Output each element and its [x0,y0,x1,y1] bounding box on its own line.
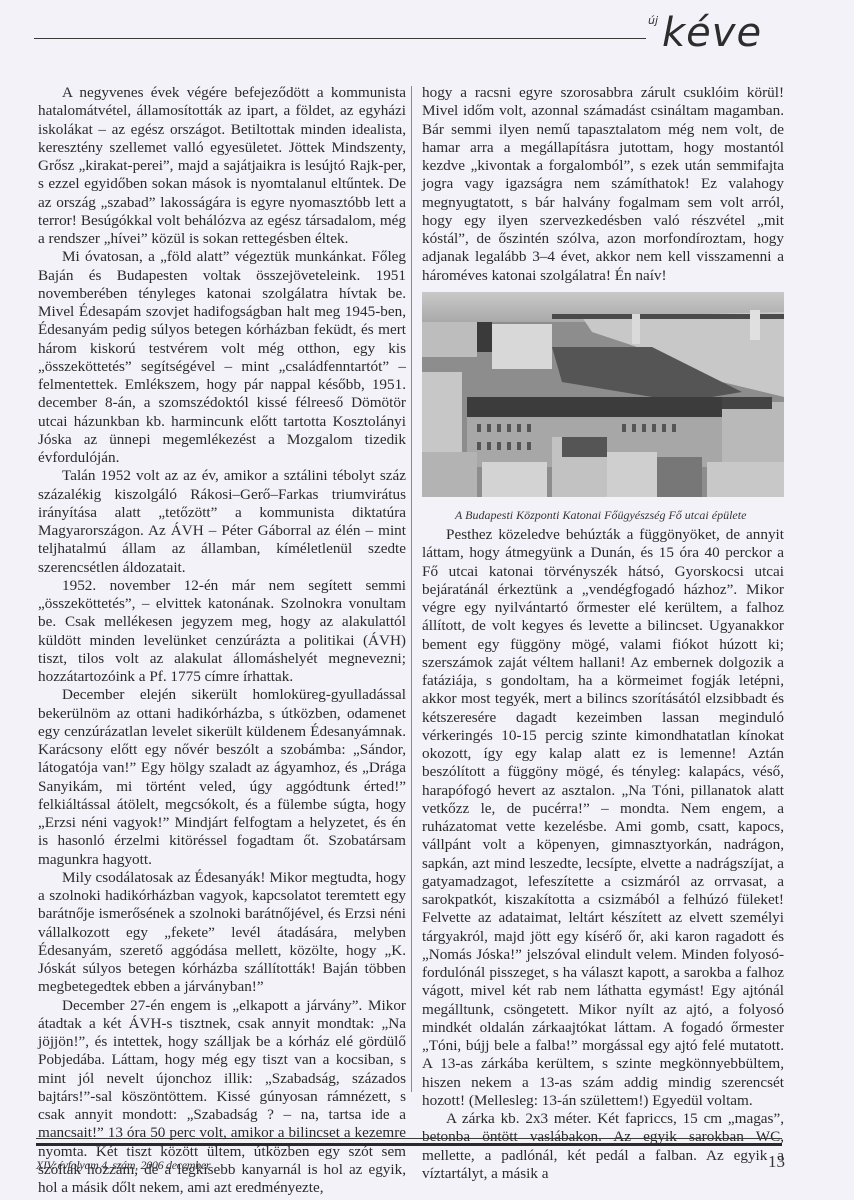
paragraph: A negyvenes évek végére befejeződött a k… [38,84,406,248]
logo-title: kéve [662,8,762,58]
footer-rule [36,1138,782,1146]
paragraph: Mily csodálatosak az Édesanyák! Mikor me… [38,869,406,997]
paragraph: Pesthez közeledve behúzták a függönyöket… [422,526,784,1110]
photo-caption: A Budapesti Központi Katonai Főügyészség… [455,508,746,523]
right-column-top: hogy a racsni egyre szorosabbra zárult c… [422,84,784,285]
paragraph: A zárka kb. 2x3 méter. Két fapriccs, 15 … [422,1110,784,1183]
magazine-logo: új kéve [648,8,798,58]
logo-prefix: új [648,14,658,27]
paragraph: hogy a racsni egyre szorosabbra zárult c… [422,84,784,285]
paragraph: December elején sikerült homloküreg-gyul… [38,686,406,869]
page-number: 13 [768,1152,785,1172]
right-column-bottom: Pesthez közeledve behúzták a függönyöket… [422,526,784,1183]
budapest-aerial-photo [422,292,784,497]
issue-info: XIV. évfolyam 4. szám, 2006 december [36,1158,210,1173]
paragraph: Mi óvatosan, a „föld alatt” végeztük mun… [38,248,406,467]
paragraph: Talán 1952 volt az az év, amikor a sztál… [38,467,406,577]
header-rule [34,38,646,39]
paragraph: 1952. november 12-én már nem segített se… [38,577,406,687]
article-photo [422,292,784,497]
left-column: A negyvenes évek végére befejeződött a k… [38,84,406,1197]
column-divider [411,86,412,1092]
